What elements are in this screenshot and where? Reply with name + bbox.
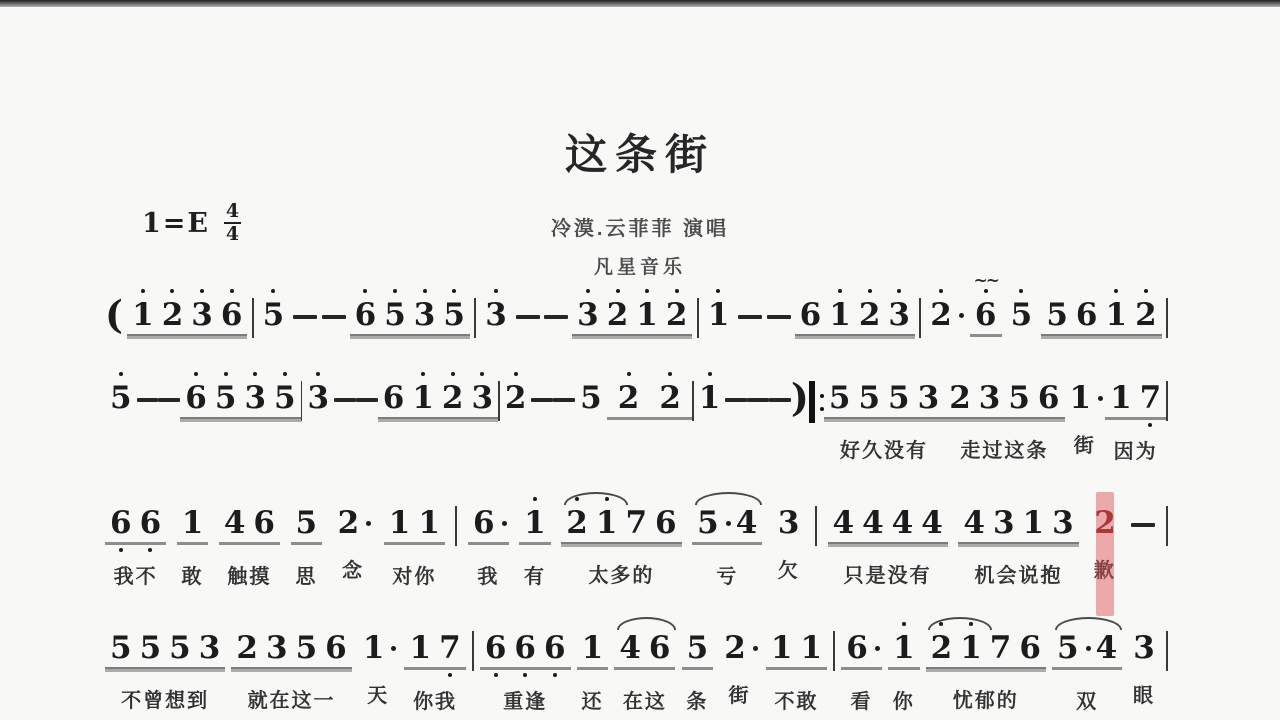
note: 5 <box>1004 383 1034 414</box>
octave-dot-above <box>627 372 631 376</box>
note: 2 <box>926 300 956 331</box>
dash-note <box>1131 523 1155 527</box>
note: 6 <box>1015 633 1045 664</box>
beam-group: 6 <box>841 633 882 670</box>
note: 3 <box>975 383 1005 414</box>
lyric: 我 <box>477 560 499 589</box>
beam-group: 3 <box>302 383 334 414</box>
barline <box>1166 631 1168 671</box>
octave-dot-above <box>224 372 228 376</box>
note: 6 <box>106 508 136 539</box>
beam-group: 2 <box>500 383 532 414</box>
note-group: 1 <box>703 300 735 331</box>
beam-group: 54 <box>1052 633 1122 670</box>
note: 5 <box>211 383 241 414</box>
note: 1 <box>578 633 608 664</box>
note: 2 <box>945 383 975 414</box>
note: 2 <box>855 300 885 331</box>
augmentation-dot <box>959 313 964 318</box>
beam-group: 1 <box>177 508 209 545</box>
dash-note <box>747 398 769 402</box>
note: 6 <box>217 300 247 331</box>
sheet-page: 这条街 1=E 4 4 冷漠.云菲菲 演唱 凡星音乐 (123656535332… <box>0 0 1280 720</box>
beam-group: 6535 <box>180 383 300 419</box>
octave-dot-above <box>1019 289 1023 293</box>
octave-dot-above <box>363 289 367 293</box>
lyric: 好久没有 <box>840 434 928 463</box>
note-group: 2街 <box>719 633 760 708</box>
note-group: 2 <box>925 300 966 331</box>
octave-dot-above <box>645 289 649 293</box>
note-group: 4444只是没有 <box>828 508 948 588</box>
note: 2 <box>438 383 468 414</box>
beam-group: 2 <box>925 300 966 331</box>
lyric: 对你 <box>392 560 436 589</box>
note: 5 <box>1042 300 1072 331</box>
lyric: 太多的 <box>588 559 654 588</box>
augmentation-dot <box>391 646 396 651</box>
beam-group: 3 <box>773 508 805 539</box>
octave-dot-below <box>119 548 123 552</box>
octave-dot-above <box>119 372 123 376</box>
note-group: 6123 <box>378 383 498 419</box>
note: 3 <box>1129 633 1159 664</box>
lyric: 你我 <box>413 685 457 714</box>
beam-group: 5553 <box>824 383 944 419</box>
note: 1 <box>128 300 158 331</box>
beam-group: 6123 <box>795 300 915 336</box>
note-group: 2176忧郁的 <box>926 633 1046 713</box>
note: 5 <box>854 383 884 414</box>
lyric: 天 <box>367 679 389 708</box>
note-group: 17你我 <box>404 633 465 714</box>
dash-note <box>767 315 791 319</box>
note: 3 <box>481 300 511 331</box>
octave-dot-above <box>575 497 579 501</box>
note-group: 3 <box>480 300 512 331</box>
octave-dot-above <box>451 372 455 376</box>
octave-dot-above <box>1144 289 1148 293</box>
note: 2 <box>927 633 957 664</box>
note: 5 <box>380 300 410 331</box>
dash-note <box>356 398 378 402</box>
note: 1 <box>1066 383 1096 414</box>
barline <box>252 298 254 338</box>
note: 5 <box>884 383 914 414</box>
dash-note <box>769 398 791 402</box>
beam-group: 1 <box>577 633 609 670</box>
note: 6 <box>351 300 381 331</box>
song-title: 这条街 <box>0 122 1280 182</box>
beam-group: 11 <box>384 508 445 545</box>
note-group: 6看 <box>841 633 882 714</box>
barline <box>1166 298 1168 338</box>
beam-group: 17 <box>1105 383 1166 420</box>
octave-dot-above <box>316 372 320 376</box>
beam-group: 666 <box>480 633 571 670</box>
note-group: 11对你 <box>384 508 445 589</box>
note: 6 <box>510 633 540 664</box>
octave-dot-above <box>141 289 145 293</box>
dash-note <box>293 315 317 319</box>
note-group: 1你 <box>888 633 920 714</box>
score-line-1: (123656535332121612326~~55612 <box>105 300 1168 338</box>
beam-group: 5 <box>105 383 137 414</box>
note: 5 <box>106 383 136 414</box>
note-group: 1天 <box>358 633 399 708</box>
barline <box>1166 506 1168 546</box>
note-group: 6123 <box>795 300 915 336</box>
note: 6 <box>651 508 681 539</box>
lyric: 就在这一 <box>248 684 336 713</box>
note-group: 11不敢 <box>766 633 827 714</box>
dash-note <box>516 315 540 319</box>
note: 1 <box>178 508 208 539</box>
note: 1 <box>520 508 550 539</box>
octave-dot-above <box>423 289 427 293</box>
note: 4 <box>732 508 762 539</box>
note: 6 <box>481 633 511 664</box>
lyric: 只是没有 <box>844 559 932 588</box>
augmentation-dot <box>875 646 880 651</box>
note: 3 <box>187 300 217 331</box>
octave-dot-above <box>421 372 425 376</box>
note: 3 <box>573 300 603 331</box>
beam-group: 1 <box>888 633 920 670</box>
note-group: 3眼 <box>1128 633 1160 708</box>
beam-group: 5612 <box>1041 300 1161 336</box>
note-group: 46触摸 <box>219 508 280 589</box>
beam-group: 4313 <box>958 508 1078 544</box>
beam-group: 5 <box>575 383 607 414</box>
note-group: 3212 <box>572 300 692 336</box>
note: 6 <box>249 508 279 539</box>
octave-dot-above <box>480 372 484 376</box>
lyric: 条 <box>686 685 708 714</box>
note: 3 <box>774 508 804 539</box>
note: 7 <box>621 508 651 539</box>
octave-dot-below <box>553 673 557 677</box>
octave-dot-above <box>616 289 620 293</box>
note: 5 <box>825 383 855 414</box>
octave-dot-below <box>448 673 452 677</box>
barline <box>474 298 476 338</box>
lyric: 念 <box>342 554 364 583</box>
barline <box>1166 381 1168 421</box>
octave-dot-below <box>494 673 498 677</box>
beam-group: 4444 <box>828 508 948 544</box>
note: 3 <box>467 383 497 414</box>
lyric: 机会说抱 <box>975 559 1063 588</box>
note-group: 1236 <box>127 300 247 336</box>
note: 4 <box>959 508 989 539</box>
beam-group: 54 <box>692 508 762 545</box>
note: 2 <box>232 633 262 664</box>
score-line-3: 66我不1敢46触摸5思2念11对你6我1有2176太多的54亏3欠4444只是… <box>105 508 1168 589</box>
note-group: 2356就在这一 <box>231 633 351 713</box>
note: 2 <box>608 383 650 414</box>
note: 6~~ <box>971 300 1001 331</box>
lyric: 因为 <box>1114 435 1158 464</box>
octave-dot-above <box>838 289 842 293</box>
note: 3 <box>303 383 333 414</box>
note: 5 <box>683 633 713 664</box>
dash-note <box>158 398 180 402</box>
note-group: 6535 <box>350 300 470 336</box>
note: 1 <box>359 633 389 664</box>
note: 3 <box>989 508 1019 539</box>
octave-dot-below <box>148 548 152 552</box>
barline <box>455 506 457 546</box>
note: 7 <box>1136 383 1166 414</box>
note: 1 <box>408 383 438 414</box>
beam-group: 5 <box>682 633 714 670</box>
beam-group: 2 <box>719 633 760 664</box>
augmentation-dot <box>1086 646 1091 651</box>
note: 6 <box>1072 300 1102 331</box>
barline <box>919 298 921 338</box>
octave-dot-above <box>939 289 943 293</box>
octave-dot-below <box>1148 423 1152 427</box>
note: 4 <box>615 633 645 664</box>
beam-group: 2176 <box>561 508 681 544</box>
beam-group: 46 <box>219 508 280 545</box>
note: 1 <box>414 508 444 539</box>
octave-dot-above <box>283 372 287 376</box>
dash-note <box>334 398 356 402</box>
beam-group: 5 <box>291 508 323 545</box>
lyric: 欠 <box>778 554 800 583</box>
note-group: 5 <box>1006 300 1038 331</box>
octave-dot-above <box>586 289 590 293</box>
note: 3 <box>410 300 440 331</box>
note-group: 2356走过这条 <box>944 383 1064 463</box>
octave-dot-above <box>1114 289 1118 293</box>
note-group: 5553好久没有 <box>824 383 944 463</box>
note-group: 5 <box>105 383 137 414</box>
beam-group: 3212 <box>572 300 692 336</box>
octave-dot-above <box>708 372 712 376</box>
note-group: 4313机会说抱 <box>958 508 1078 588</box>
note-group: 1街 <box>1065 383 1106 458</box>
note: 5 <box>106 633 136 664</box>
octave-dot-above <box>200 289 204 293</box>
octave-dot-above <box>675 289 679 293</box>
note-group: 2 <box>500 383 532 414</box>
octave-dot-above <box>494 289 498 293</box>
note: 3 <box>240 383 270 414</box>
lyric: 眼 <box>1133 679 1155 708</box>
note: 7 <box>435 633 465 664</box>
beam-group: 1 <box>358 633 399 664</box>
note-group: 1敢 <box>177 508 209 589</box>
note: 5 <box>576 383 606 414</box>
note: 4 <box>858 508 888 539</box>
beam-group: 1 <box>1065 383 1106 414</box>
octave-dot-below <box>523 673 527 677</box>
note-group: 666重逢 <box>480 633 571 714</box>
dash-note <box>322 315 346 319</box>
top-bar <box>0 0 1280 7</box>
note: 6 <box>645 633 675 664</box>
note: 6 <box>796 300 826 331</box>
octave-dot-above <box>969 622 973 626</box>
note-group: 5思 <box>291 508 323 589</box>
note: 1 <box>695 383 725 414</box>
beam-group: 5 <box>1006 300 1038 331</box>
note: 2 <box>562 508 592 539</box>
lyric: 不敢 <box>775 685 819 714</box>
playback-highlight <box>1096 492 1114 616</box>
augmentation-dot <box>366 521 371 526</box>
performer-credit: 冷漠.云菲菲 演唱 <box>0 212 1280 241</box>
note: 3 <box>914 383 944 414</box>
lyric: 街 <box>729 679 751 708</box>
note: 6 <box>540 633 570 664</box>
music-label: 凡星音乐 <box>0 252 1280 279</box>
note-group: 5 <box>258 300 290 331</box>
note: 5 <box>292 633 322 664</box>
beam-group: 6123 <box>378 383 498 419</box>
note: 1 <box>767 633 797 664</box>
note-group: 1还 <box>577 633 609 714</box>
note-group: 3 <box>302 383 334 414</box>
octave-dot-above <box>533 497 537 501</box>
note: 6 <box>321 633 351 664</box>
note-group: 1有 <box>519 508 551 589</box>
note: 4 <box>1092 633 1122 664</box>
lyric: 你 <box>893 685 915 714</box>
dash-note <box>725 398 747 402</box>
note: 5 <box>165 633 195 664</box>
octave-dot-above <box>271 289 275 293</box>
note: 2 <box>334 508 364 539</box>
lyric: 双 <box>1076 685 1098 714</box>
beam-group: 1 <box>519 508 551 545</box>
beam-group: 5 <box>258 300 290 331</box>
note-group: 1 <box>694 383 726 414</box>
octave-dot-above <box>668 372 672 376</box>
note: 4 <box>888 508 918 539</box>
lyric: 亏 <box>716 560 738 589</box>
note: 6 <box>136 508 166 539</box>
note-group: 6535 <box>180 383 300 419</box>
note: 3 <box>195 633 225 664</box>
octave-dot-above <box>514 372 518 376</box>
note-group: 5553不曾想到 <box>105 633 225 713</box>
note-group: 5612 <box>1041 300 1161 336</box>
beam-group: 5553 <box>105 633 225 669</box>
note: 1 <box>889 633 919 664</box>
note-group: 5 <box>575 383 607 414</box>
beam-group: 46 <box>614 633 675 670</box>
note-group: 2念 <box>333 508 374 583</box>
note: 3 <box>262 633 292 664</box>
note: 4 <box>917 508 947 539</box>
beam-group: 66 <box>105 508 166 545</box>
dash-note <box>531 398 553 402</box>
note-group: 22 <box>607 383 692 420</box>
open-paren: ( <box>105 296 123 334</box>
note-group: 2歉 <box>1089 508 1121 583</box>
octave-dot-above <box>452 289 456 293</box>
note: 3 <box>1048 508 1078 539</box>
augmentation-dot <box>1098 396 1103 401</box>
note: 6 <box>842 633 872 664</box>
lyric: 不曾想到 <box>121 684 209 713</box>
beam-group: 1 <box>703 300 735 331</box>
beam-group: 3 <box>1128 633 1160 664</box>
augmentation-dot <box>726 521 731 526</box>
note: 1 <box>797 633 827 664</box>
beam-group: 3 <box>480 300 512 331</box>
note: 6 <box>1034 383 1064 414</box>
octave-dot-above <box>605 497 609 501</box>
lyric: 在这 <box>623 685 667 714</box>
note: 2 <box>720 633 750 664</box>
note: 3 <box>884 300 914 331</box>
note: 6 <box>181 383 211 414</box>
octave-dot-above <box>194 372 198 376</box>
beam-group: 11 <box>766 633 827 670</box>
note: 5 <box>270 383 300 414</box>
octave-dot-above <box>868 289 872 293</box>
octave-dot-above <box>230 289 234 293</box>
lyric: 我不 <box>114 560 158 589</box>
note: 4 <box>829 508 859 539</box>
dash-note <box>738 315 762 319</box>
note: 1 <box>956 633 986 664</box>
lyric: 街 <box>1074 429 1096 458</box>
beam-group: 2176 <box>926 633 1046 669</box>
lyric: 看 <box>851 685 873 714</box>
barline <box>472 631 474 671</box>
lyric: 忧郁的 <box>953 684 1019 713</box>
score-line-4: 5553不曾想到2356就在这一1天17你我666重逢1还46在这5条2街11不… <box>105 633 1168 714</box>
note-group: 3欠 <box>773 508 805 583</box>
note: 1 <box>1101 300 1131 331</box>
note: 5 <box>1053 633 1083 664</box>
note: 1 <box>704 300 734 331</box>
lyric: 有 <box>524 560 546 589</box>
note-group: 6我 <box>468 508 509 589</box>
note: 4 <box>220 508 250 539</box>
note: 2 <box>1131 300 1161 331</box>
note-group: 66我不 <box>105 508 166 589</box>
note: 2 <box>501 383 531 414</box>
note: 5 <box>439 300 469 331</box>
note: 2 <box>158 300 188 331</box>
dash-note <box>544 315 568 319</box>
beam-group: 22 <box>607 383 692 420</box>
augmentation-dot <box>502 521 507 526</box>
note: 2 <box>603 300 633 331</box>
lyric: 还 <box>581 685 603 714</box>
note: 2 <box>649 383 691 414</box>
note-group: 5条 <box>682 633 714 714</box>
lyric: 敢 <box>181 560 203 589</box>
lyric: 走过这条 <box>960 434 1048 463</box>
note-group: 2176太多的 <box>561 508 681 588</box>
octave-dot-above <box>170 289 174 293</box>
beam-group: 2356 <box>231 633 351 669</box>
repeat-bar <box>809 381 815 423</box>
lyric: 重逢 <box>503 685 547 714</box>
beam-group: 2 <box>333 508 374 539</box>
note-group: 17因为 <box>1105 383 1166 464</box>
beam-group: 17 <box>404 633 465 670</box>
barline <box>697 298 699 338</box>
